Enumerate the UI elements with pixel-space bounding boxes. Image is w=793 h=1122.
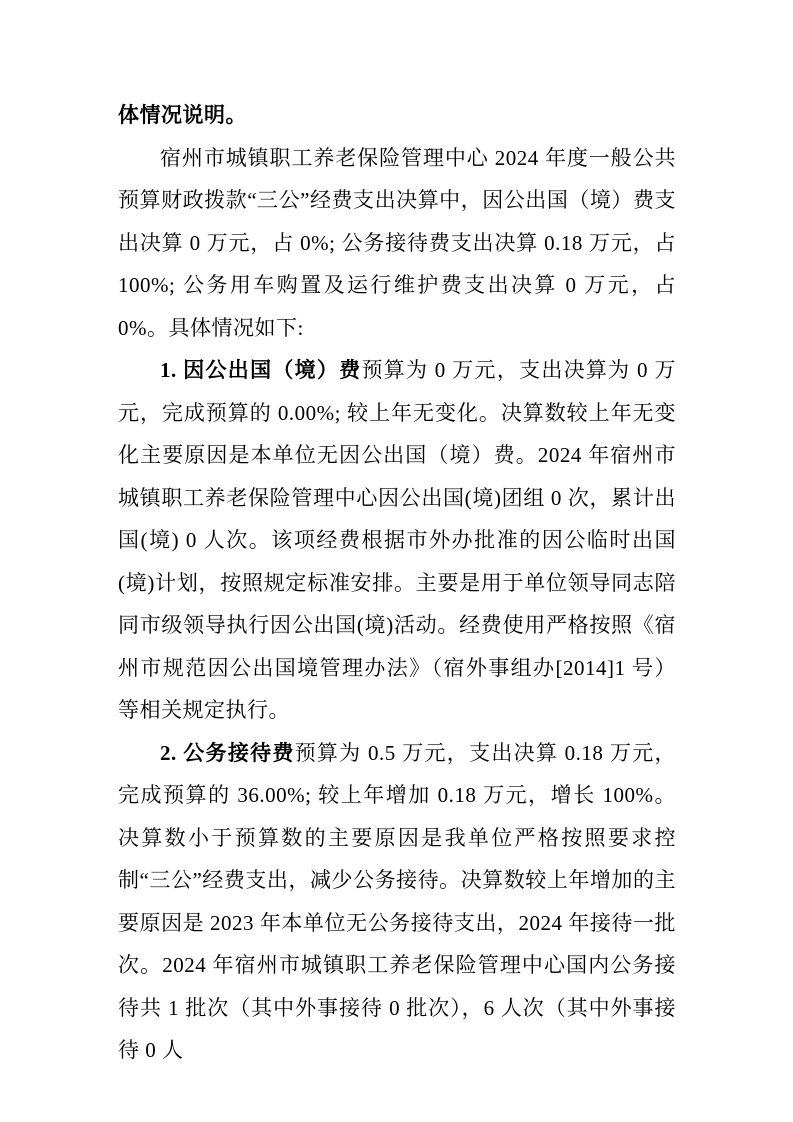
heading-continuation-text: 体情况说明。 — [118, 103, 247, 127]
paragraph-item-1: 1. 因公出国（境）费预算为 0 万元，支出决算为 0 万元，完成预算的 0.0… — [118, 349, 676, 732]
item-1-body-text: 预算为 0 万元，支出决算为 0 万元，完成预算的 0.00%; 较上年无变化。… — [118, 358, 676, 722]
item-1-lead-text: 1. 因公出国（境）费 — [160, 358, 361, 382]
item-2-lead-text: 2. 公务接待费 — [160, 741, 295, 765]
paragraph-intro: 宿州市城镇职工养老保险管理中心 2024 年度一般公共预算财政拨款“三公”经费支… — [118, 137, 676, 350]
item-2-body-text: 预算为 0.5 万元，支出决算 0.18 万元，完成预算的 36.00%; 较上… — [118, 741, 676, 1063]
document-page: 体情况说明。 宿州市城镇职工养老保险管理中心 2024 年度一般公共预算财政拨款… — [0, 0, 793, 1122]
intro-text: 宿州市城镇职工养老保险管理中心 2024 年度一般公共预算财政拨款“三公”经费支… — [118, 146, 676, 340]
paragraph-heading-continuation: 体情况说明。 — [118, 94, 676, 137]
paragraph-item-2: 2. 公务接待费预算为 0.5 万元，支出决算 0.18 万元，完成预算的 36… — [118, 732, 676, 1072]
